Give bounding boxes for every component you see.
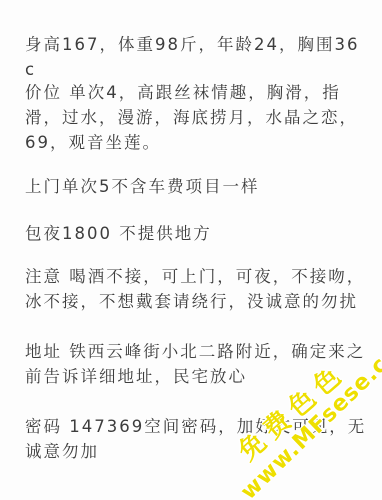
paragraph-price-services: 价位 单次4，高跟丝袜情趣，胸滑，指滑，过水，漫游，海底捞月，水晶之恋，69，观… [25,80,370,155]
paragraph-overnight-price: 包夜1800 不提供地方 [25,221,370,246]
paragraph-notice: 注意 喝酒不接，可上门，可夜，不接吻，冰不接，不想戴套请绕行，没诚意的勿扰 [25,264,370,314]
paragraph-body-stats: 身高167，体重98斤，年龄24，胸围36c [25,32,370,82]
document-page: 身高167，体重98斤，年龄24，胸围36c 价位 单次4，高跟丝袜情趣，胸滑，… [0,0,382,500]
paragraph-address: 地址 铁西云峰街小北二路附近，确定来之前告诉详细地址，民宅放心 [25,339,370,389]
paragraph-outcall-price: 上门单次5不含车费项目一样 [25,174,370,199]
paragraph-password: 密码 147369空间密码，加好友可见，无诚意勿加 [25,414,370,464]
